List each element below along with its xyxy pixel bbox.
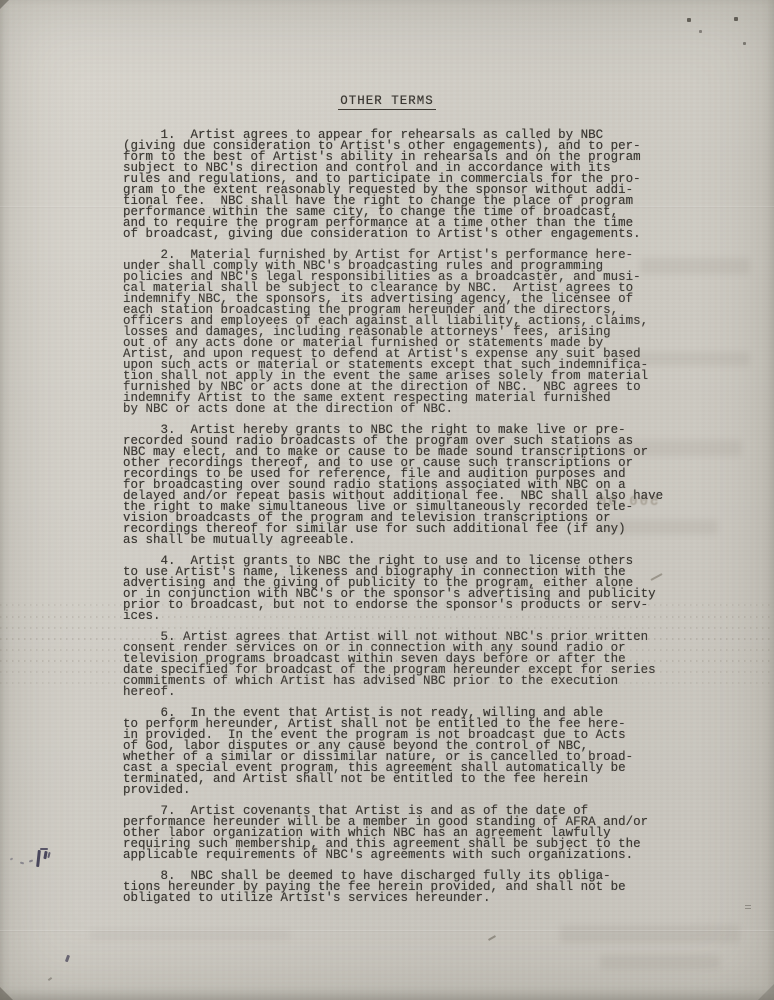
staple-hole-speck bbox=[699, 30, 702, 33]
pencil-stroke bbox=[36, 850, 40, 867]
contract-paragraph-4: 4. Artist grants to NBC the right to use… bbox=[123, 556, 683, 622]
contract-paragraph-8: 8. NBC shall be deemed to have discharge… bbox=[123, 871, 683, 904]
stray-mark bbox=[488, 935, 496, 941]
staple-hole-speck bbox=[734, 17, 738, 21]
ink-fleck bbox=[65, 955, 70, 963]
contract-paragraph-2: 2. Material furnished by Artist for Arti… bbox=[123, 250, 683, 415]
paper-crease bbox=[0, 930, 774, 931]
staple-hole-speck bbox=[687, 18, 691, 22]
contract-paragraph-3: 3. Artist hereby grants to NBC the right… bbox=[123, 425, 683, 546]
bleed-through-smudge bbox=[600, 955, 720, 969]
bleed-through-smudge bbox=[90, 930, 290, 940]
title-row: OTHER TERMS bbox=[0, 94, 774, 110]
corner-shadow bbox=[0, 987, 13, 1000]
scanned-contract-page: 500.00 OTHER TERMS 1. Artist agrees to a… bbox=[0, 0, 774, 1000]
contract-body: 1. Artist agrees to appear for rehearsal… bbox=[123, 130, 683, 914]
contract-paragraph-7: 7. Artist covenants that Artist is and a… bbox=[123, 806, 683, 861]
page-title: OTHER TERMS bbox=[338, 94, 436, 110]
pencil-stroke bbox=[47, 852, 50, 858]
pencil-scribble bbox=[4, 848, 64, 874]
staple-hole-speck bbox=[743, 42, 746, 45]
stray-mark bbox=[745, 903, 751, 909]
pencil-stroke bbox=[10, 857, 14, 860]
contract-paragraph-5: 5. Artist agrees that Artist will not wi… bbox=[123, 632, 683, 698]
corner-shadow bbox=[758, 984, 774, 1000]
pencil-stroke bbox=[40, 848, 48, 850]
ink-fleck bbox=[48, 977, 52, 981]
contract-paragraph-1: 1. Artist agrees to appear for rehearsal… bbox=[123, 130, 683, 240]
pencil-stroke bbox=[20, 862, 24, 865]
pencil-stroke bbox=[43, 851, 47, 859]
bleed-through-smudge bbox=[560, 925, 740, 943]
pencil-stroke bbox=[29, 859, 33, 862]
contract-paragraph-6: 6. In the event that Artist is not ready… bbox=[123, 708, 683, 796]
corner-shadow bbox=[0, 0, 9, 9]
